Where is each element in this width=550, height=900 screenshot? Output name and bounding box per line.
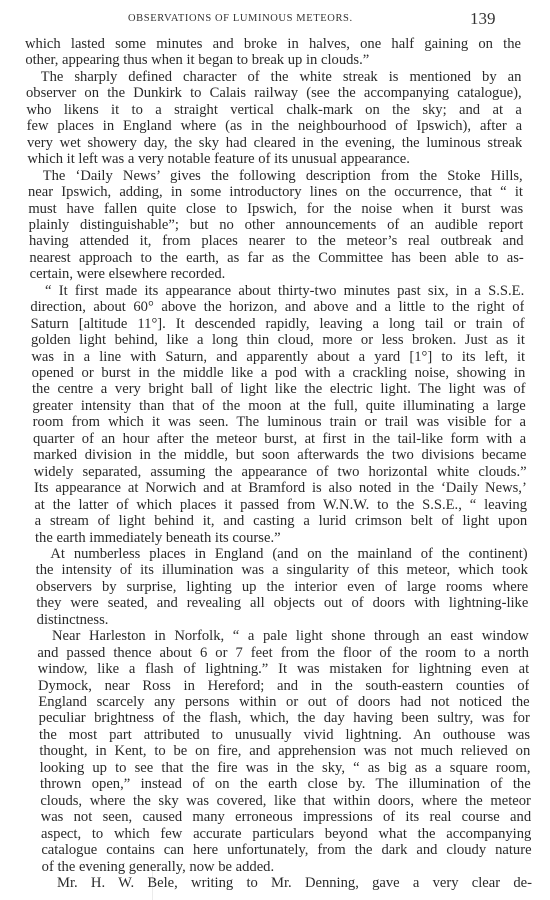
text-line: opened or burst in the middle like a pod… bbox=[32, 365, 526, 381]
paragraph-first-line: The ‘Daily News’ gives the following des… bbox=[43, 168, 523, 184]
text-line: of the evening generally, now be added. bbox=[42, 859, 532, 875]
text-line: direction, about 60° above the horizon, … bbox=[30, 299, 524, 315]
page-number: 139 bbox=[470, 9, 496, 29]
paragraph-first-line: Mr. H. W. Bele, writing to Mr. Denning, … bbox=[57, 875, 532, 891]
text-line: quarter of an hour after the meteor burs… bbox=[33, 431, 526, 447]
text-line: Its appearance at Norwich and at Bramfor… bbox=[34, 480, 527, 496]
text-line: which lasted some minutes and broke in h… bbox=[25, 36, 521, 52]
text-line: having attended it, from places nearer t… bbox=[29, 233, 524, 249]
text-line: and passed thence about 6 or 7 feet from… bbox=[37, 645, 529, 661]
text-line: at the latter of which places it passed … bbox=[34, 497, 527, 513]
text-line: peculiar brightness of the flash, which,… bbox=[39, 710, 530, 726]
text-line: certain, were elsewhere recorded. bbox=[30, 266, 524, 282]
paragraph-first-line: Near Harleston in Norfolk, “ a pale ligh… bbox=[52, 628, 529, 644]
text-line: thrown open,” instead of on the earth cl… bbox=[40, 776, 531, 792]
paragraph-first-line: “ It first made its appearance about thi… bbox=[45, 283, 524, 299]
text-line: other, appearing thus when it began to b… bbox=[25, 52, 521, 68]
text-line: golden light behind, like a long thin cl… bbox=[31, 332, 525, 348]
text-line: was not seen, caused many erroneous impr… bbox=[41, 809, 531, 825]
text-line: observer on the Dunkirk to Calais railwa… bbox=[26, 85, 522, 101]
text-line: few places in England where (as in the n… bbox=[27, 118, 522, 134]
text-line: window, like a flash of lightning.” It w… bbox=[38, 661, 530, 677]
running-title: OBSERVATIONS OF LUMINOUS METEORS. bbox=[128, 13, 353, 24]
text-line: the intensity of its illumination was a … bbox=[36, 562, 528, 578]
text-line: nearest approach to the earth, as far as… bbox=[29, 250, 523, 266]
running-head: OBSERVATIONS OF LUMINOUS METEORS. 139 bbox=[0, 9, 550, 27]
text-line: the centre a very bright ball of light l… bbox=[32, 381, 526, 397]
text-line: aspect, to which few accurate particular… bbox=[41, 826, 531, 842]
text-line: near Ipswich, adding, in some introducto… bbox=[28, 184, 523, 200]
text-line: marked division in the middle, but soon … bbox=[33, 447, 526, 463]
text-line: room from which it was seen. The luminou… bbox=[33, 414, 526, 430]
text-line: widely separated, assuming the appearanc… bbox=[34, 464, 527, 480]
text-line: catalogue contains can here unfortunatel… bbox=[41, 842, 531, 858]
text-line: distinctness. bbox=[37, 612, 529, 628]
text-line: was in a line with Saturn, and apparentl… bbox=[31, 349, 525, 365]
book-page: OBSERVATIONS OF LUMINOUS METEORS. 139 wh… bbox=[0, 0, 550, 900]
text-line: looking up to see that the fire was in t… bbox=[40, 760, 531, 776]
text-line: a stream of light behind it, and casting… bbox=[35, 513, 528, 529]
text-line: must have fallen quite close to Ipswich,… bbox=[28, 201, 523, 217]
text-line: who likens it to a straight vertical cha… bbox=[26, 102, 522, 118]
text-line: plainly distinguishable”; but no other a… bbox=[29, 217, 524, 233]
paragraph-first-line: The sharply defined character of the whi… bbox=[41, 69, 522, 85]
text-line: observers by surprise, lighting up the i… bbox=[36, 579, 528, 595]
text-line: thought, in Kent, to be on fire, and app… bbox=[39, 743, 530, 759]
text-line: clouds, where the sky was covered, like … bbox=[40, 793, 531, 809]
text-line: the earth immediately beneath its course… bbox=[35, 530, 527, 546]
text-line: Saturn [altitude 11°]. It descended rapi… bbox=[31, 316, 525, 332]
paragraph-first-line: At numberless places in England (and on … bbox=[50, 546, 527, 562]
text-line: they were seated, and revealing all obje… bbox=[36, 595, 528, 611]
text-line: very wet showery day, the sky had cleare… bbox=[27, 135, 522, 151]
text-line: the most part attributed to unusually vi… bbox=[39, 727, 530, 743]
text-line: Dymock, near Ross in Hereford; and in th… bbox=[38, 678, 529, 694]
text-line: greater intensity than that of the moon … bbox=[32, 398, 525, 414]
text-line: England scarcely any persons within or o… bbox=[38, 694, 529, 710]
text-line: which it left was a very notable feature… bbox=[27, 151, 522, 167]
